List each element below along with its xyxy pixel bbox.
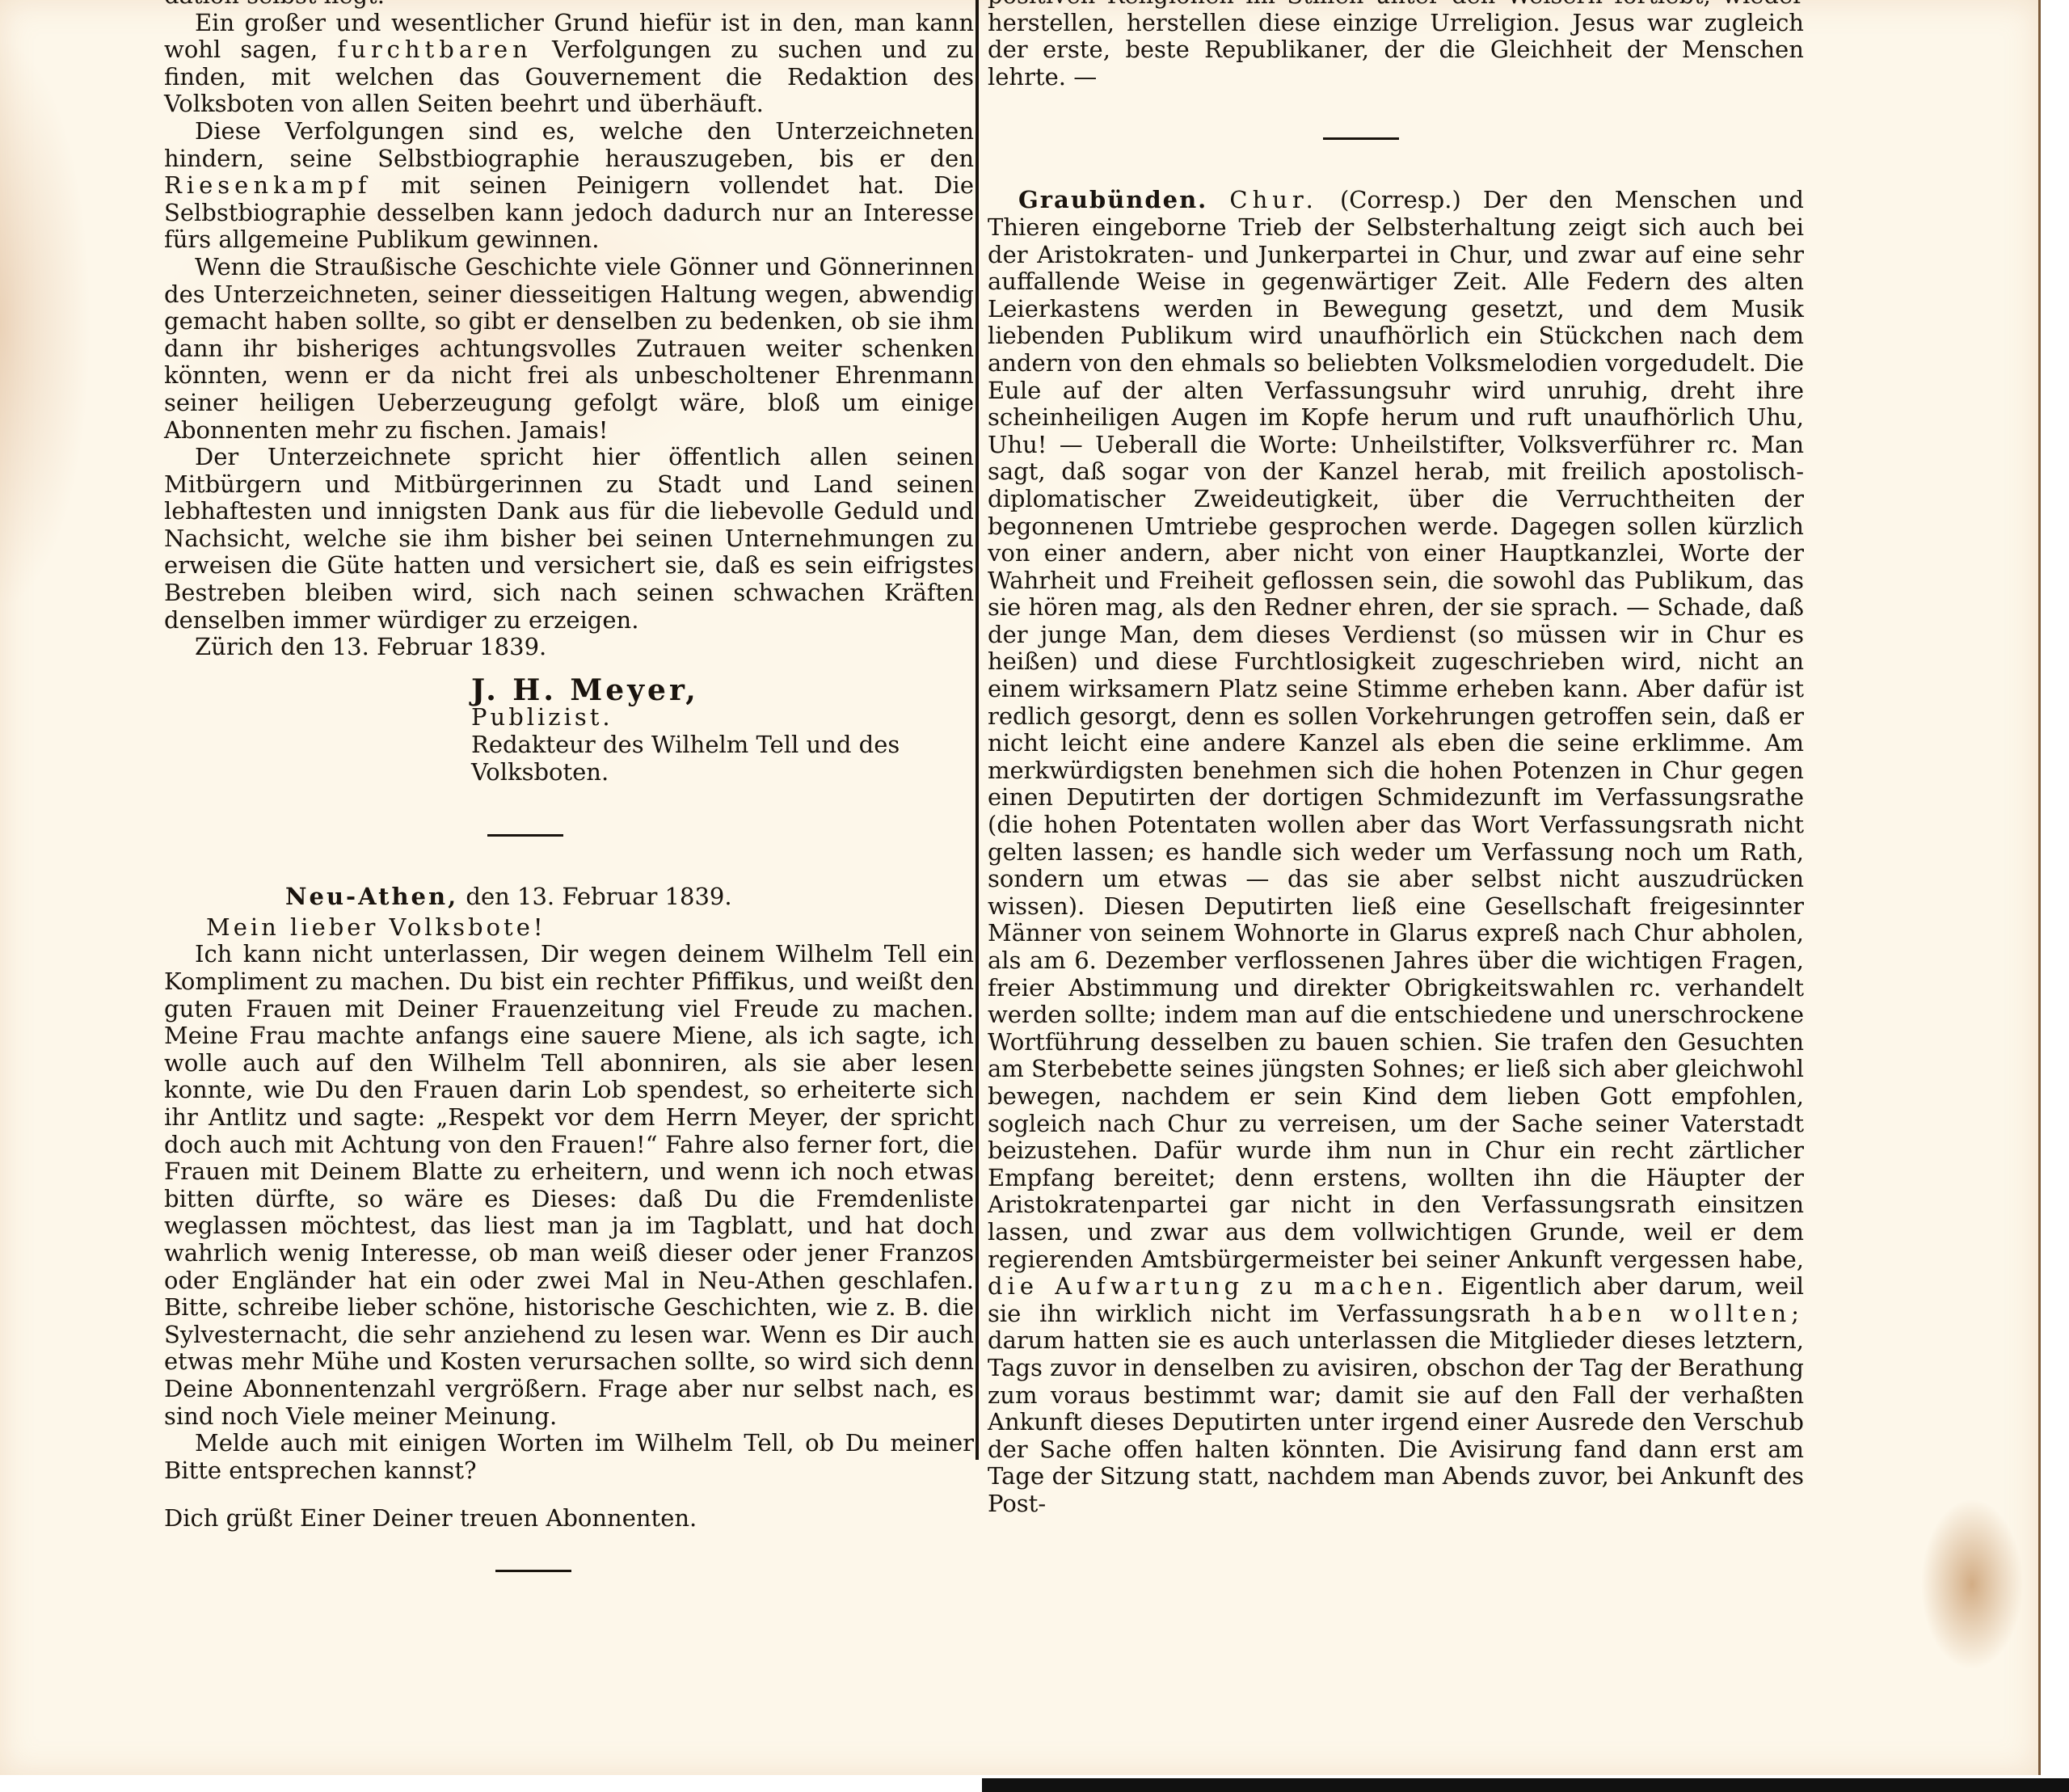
signature-role-line2: Volksboten.: [471, 759, 974, 786]
letter-salutation: Mein lieber Volksbote!: [206, 914, 974, 942]
column-divider-rule: [976, 0, 979, 1460]
right-column: positiven Religionen im Stillen unter de…: [988, 0, 1804, 1517]
signature-role-line1: Redakteur des Wilhelm Tell und des: [471, 732, 974, 759]
letter-date: den 13. Februar 1839.: [458, 883, 731, 910]
letter-closing: Dich grüßt Einer Deiner treuen Abonnente…: [164, 1505, 974, 1533]
emphasis-furchtbaren: furchtbaren: [337, 36, 532, 63]
dateline-zuerich: Zürich den 13. Februar 1839.: [164, 634, 974, 661]
signature-block: J. H. Meyer, Publizist. Redakteur des Wi…: [164, 677, 974, 786]
section-separator-end: [495, 1570, 571, 1572]
paragraph-dank: Der Unterzeichnete spricht hier öffentli…: [164, 444, 974, 634]
section-separator: [487, 834, 563, 837]
letter-paragraph-2: Melde auch mit einigen Worten im Wilhelm…: [164, 1430, 974, 1484]
article-graubuenden: Graubünden. Chur. (Corresp.) Der den Men…: [988, 187, 1804, 1517]
section-separator-right: [1323, 137, 1399, 140]
left-column: dation selbst liegt. Ein großer und wese…: [164, 0, 974, 1572]
article-source: (Corresp.): [1340, 186, 1461, 213]
emphasis-haben-wollten: haben wollten;: [1549, 1300, 1804, 1327]
newspaper-page: dation selbst liegt. Ein großer und wese…: [0, 0, 2041, 1775]
paragraph-grund: Ein großer und wesentlicher Grund hiefür…: [164, 10, 974, 118]
paragraph-verfolgungen: Diese Verfolgungen sind es, welche den U…: [164, 118, 974, 254]
letter-paragraph-1: Ich kann nicht unterlassen, Dir wegen de…: [164, 941, 974, 1430]
letter-place: Neu-Athen,: [285, 883, 458, 910]
scan-bottom-edge: [982, 1778, 2069, 1792]
emphasis-riesenkampf: Riesenkampf: [164, 171, 372, 199]
paragraph-straussische: Wenn die Straußische Geschichte viele Gö…: [164, 254, 974, 444]
right-top-fragment: positiven Religionen im Stillen unter de…: [988, 0, 1804, 91]
article-city: Chur.: [1229, 186, 1317, 213]
emphasis-aufwartung: die Aufwartung zu machen.: [988, 1272, 1448, 1300]
letter-dateline: Neu-Athen, den 13. Februar 1839.: [285, 883, 974, 911]
article-canton-heading: Graubünden.: [1018, 186, 1207, 213]
signature-title: Publizist.: [471, 704, 974, 732]
signature-name: J. H. Meyer,: [471, 677, 974, 705]
